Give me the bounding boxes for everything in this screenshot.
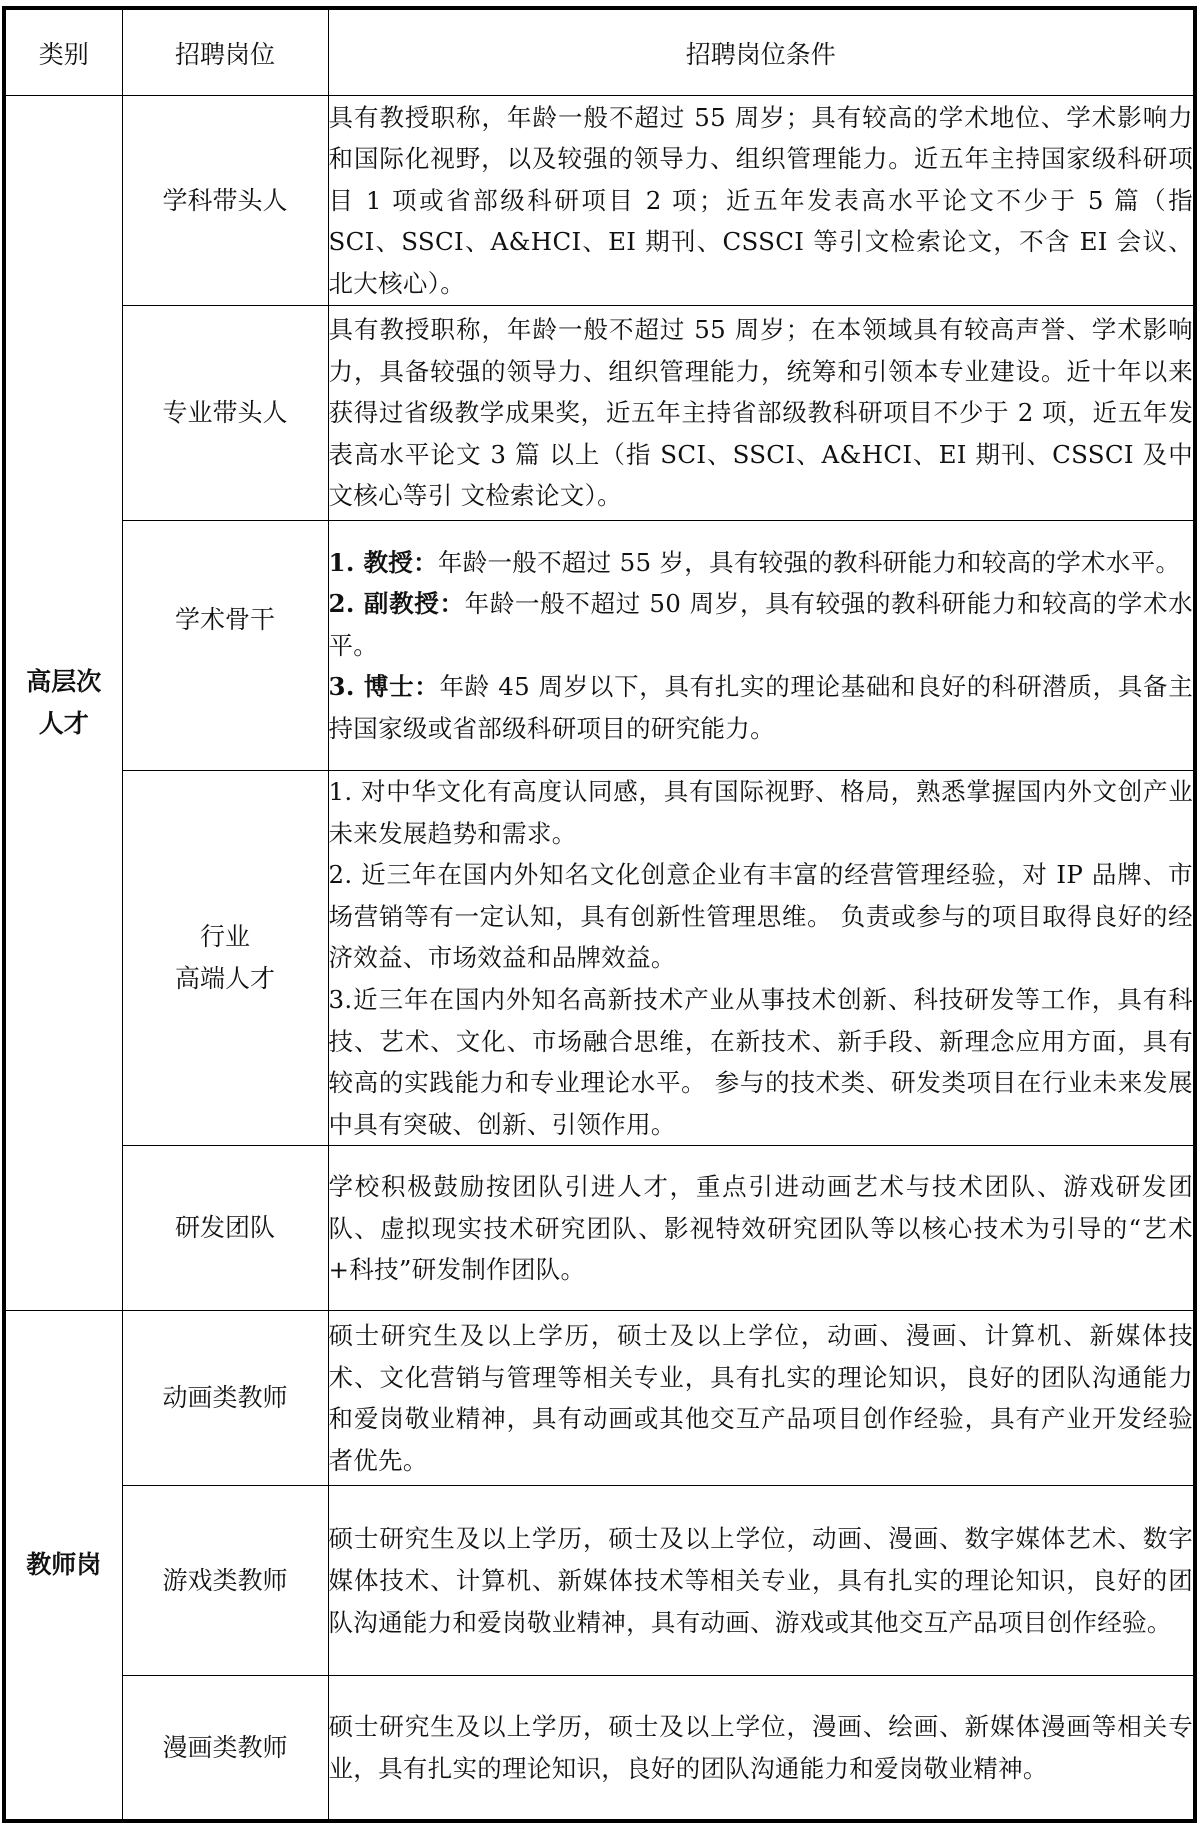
table-row: 学术骨干 1. 教授：年龄一般不超过 55 岁，具有较强的教科研能力和较高的学术… — [4, 521, 1195, 771]
conditions-cell: 硕士研究生及以上学历，硕士及以上学位，动画、漫画、计算机、新媒体技术、文化营销与… — [328, 1311, 1195, 1486]
table-row: 专业带头人 具有教授职称，年龄一般不超过 55 周岁；在本领域具有较高声誉、学术… — [4, 306, 1195, 521]
position-label: 动画类教师 — [123, 1377, 328, 1419]
header-conditions: 招聘岗位条件 — [328, 8, 1195, 96]
header-row: 类别 招聘岗位 招聘岗位条件 — [4, 8, 1195, 96]
position-cell-discipline-leader: 学科带头人 — [122, 96, 328, 306]
conditions-cell: 具有教授职称，年龄一般不超过 55 周岁；在本领域具有较高声誉、学术影响力，具备… — [328, 306, 1195, 521]
position-label: 学术骨干 — [123, 599, 328, 641]
position-cell-comic-teacher: 漫画类教师 — [122, 1676, 328, 1821]
position-cell-industry-talent: 行业 高端人才 — [122, 771, 328, 1146]
recruitment-table: 类别 招聘岗位 招聘岗位条件 高层次 人才 学科带头人 具有教授职称，年龄一般不… — [2, 6, 1197, 1823]
category-cell-teacher-post: 教师岗 — [4, 1311, 122, 1821]
condition-item: 2. 副教授：年龄一般不超过 50 周岁，具有较强的教科研能力和较高的学术水平。 — [329, 583, 1194, 666]
table-row: 高层次 人才 学科带头人 具有教授职称，年龄一般不超过 55 周岁；具有较高的学… — [4, 96, 1195, 306]
category-label-line: 高层次 — [6, 661, 122, 703]
condition-label: 2. 副教授： — [329, 589, 465, 618]
conditions-cell: 硕士研究生及以上学历，硕士及以上学位，动画、漫画、数字媒体艺术、数字媒体技术、计… — [328, 1486, 1195, 1676]
table-row: 行业 高端人才 1. 对中华文化有高度认同感，具有国际视野、格局，熟悉掌握国内外… — [4, 771, 1195, 1146]
condition-text: 硕士研究生及以上学历，硕士及以上学位，动画、漫画、计算机、新媒体技术、文化营销与… — [329, 1315, 1194, 1481]
condition-label: 1. 教授： — [329, 548, 438, 577]
condition-text: 2. 近三年在国内外知名文化创意企业有丰富的经营管理经验，对 IP 品牌、市场营… — [329, 854, 1194, 979]
table-row: 教师岗 动画类教师 硕士研究生及以上学历，硕士及以上学位，动画、漫画、计算机、新… — [4, 1311, 1195, 1486]
conditions-cell: 学校积极鼓励按团队引进人才，重点引进动画艺术与技术团队、游戏研发团队、虚拟现实技… — [328, 1146, 1195, 1311]
position-label: 学科带头人 — [123, 180, 328, 222]
position-label: 专业带头人 — [123, 392, 328, 434]
category-cell-high-level-talent: 高层次 人才 — [4, 96, 122, 1311]
condition-text: 年龄 45 周岁以下，具有扎实的理论基础和良好的科研潜质，具备主持国家级或省部级… — [329, 672, 1194, 743]
condition-item: 3. 博士：年龄 45 周岁以下，具有扎实的理论基础和良好的科研潜质，具备主持国… — [329, 666, 1194, 749]
conditions-cell: 硕士研究生及以上学历，硕士及以上学位，漫画、绘画、新媒体漫画等相关专业，具有扎实… — [328, 1676, 1195, 1821]
condition-text: 年龄一般不超过 55 岁，具有较强的教科研能力和较高的学术水平。 — [438, 548, 1180, 577]
table-row: 研发团队 学校积极鼓励按团队引进人才，重点引进动画艺术与技术团队、游戏研发团队、… — [4, 1146, 1195, 1311]
condition-text: 具有教授职称，年龄一般不超过 55 周岁；具有较高的学术地位、学术影响力和国际化… — [329, 97, 1194, 305]
condition-text: 硕士研究生及以上学历，硕士及以上学位，漫画、绘画、新媒体漫画等相关专业，具有扎实… — [329, 1706, 1194, 1789]
condition-label: 3. 博士： — [329, 672, 440, 701]
condition-text: 硕士研究生及以上学历，硕士及以上学位，动画、漫画、数字媒体艺术、数字媒体技术、计… — [329, 1518, 1194, 1643]
position-cell-major-leader: 专业带头人 — [122, 306, 328, 521]
table-row: 漫画类教师 硕士研究生及以上学历，硕士及以上学位，漫画、绘画、新媒体漫画等相关专… — [4, 1676, 1195, 1821]
condition-text: 3.近三年在国内外知名高新技术产业从事技术创新、科技研发等工作，具有科技、艺术、… — [329, 979, 1194, 1145]
header-position: 招聘岗位 — [122, 8, 328, 96]
position-label: 研发团队 — [123, 1207, 328, 1249]
position-label-line: 高端人才 — [123, 958, 328, 1000]
position-label: 漫画类教师 — [123, 1727, 328, 1769]
condition-text: 1. 对中华文化有高度认同感，具有国际视野、格局，熟悉掌握国内外文创产业未来发展… — [329, 771, 1194, 854]
category-label-line: 教师岗 — [6, 1544, 122, 1586]
condition-text: 学校积极鼓励按团队引进人才，重点引进动画艺术与技术团队、游戏研发团队、虚拟现实技… — [329, 1166, 1194, 1291]
category-label-line: 人才 — [6, 703, 122, 745]
header-category: 类别 — [4, 8, 122, 96]
position-cell-academic-backbone: 学术骨干 — [122, 521, 328, 771]
position-label: 游戏类教师 — [123, 1560, 328, 1602]
condition-text: 具有教授职称，年龄一般不超过 55 周岁；在本领域具有较高声誉、学术影响力，具备… — [329, 309, 1194, 517]
conditions-cell: 1. 教授：年龄一般不超过 55 岁，具有较强的教科研能力和较高的学术水平。 2… — [328, 521, 1195, 771]
position-cell-rd-team: 研发团队 — [122, 1146, 328, 1311]
conditions-cell: 具有教授职称，年龄一般不超过 55 周岁；具有较高的学术地位、学术影响力和国际化… — [328, 96, 1195, 306]
conditions-cell: 1. 对中华文化有高度认同感，具有国际视野、格局，熟悉掌握国内外文创产业未来发展… — [328, 771, 1195, 1146]
condition-item: 1. 教授：年龄一般不超过 55 岁，具有较强的教科研能力和较高的学术水平。 — [329, 542, 1194, 584]
table-row: 游戏类教师 硕士研究生及以上学历，硕士及以上学位，动画、漫画、数字媒体艺术、数字… — [4, 1486, 1195, 1676]
position-cell-game-teacher: 游戏类教师 — [122, 1486, 328, 1676]
position-cell-animation-teacher: 动画类教师 — [122, 1311, 328, 1486]
position-label-line: 行业 — [123, 916, 328, 958]
